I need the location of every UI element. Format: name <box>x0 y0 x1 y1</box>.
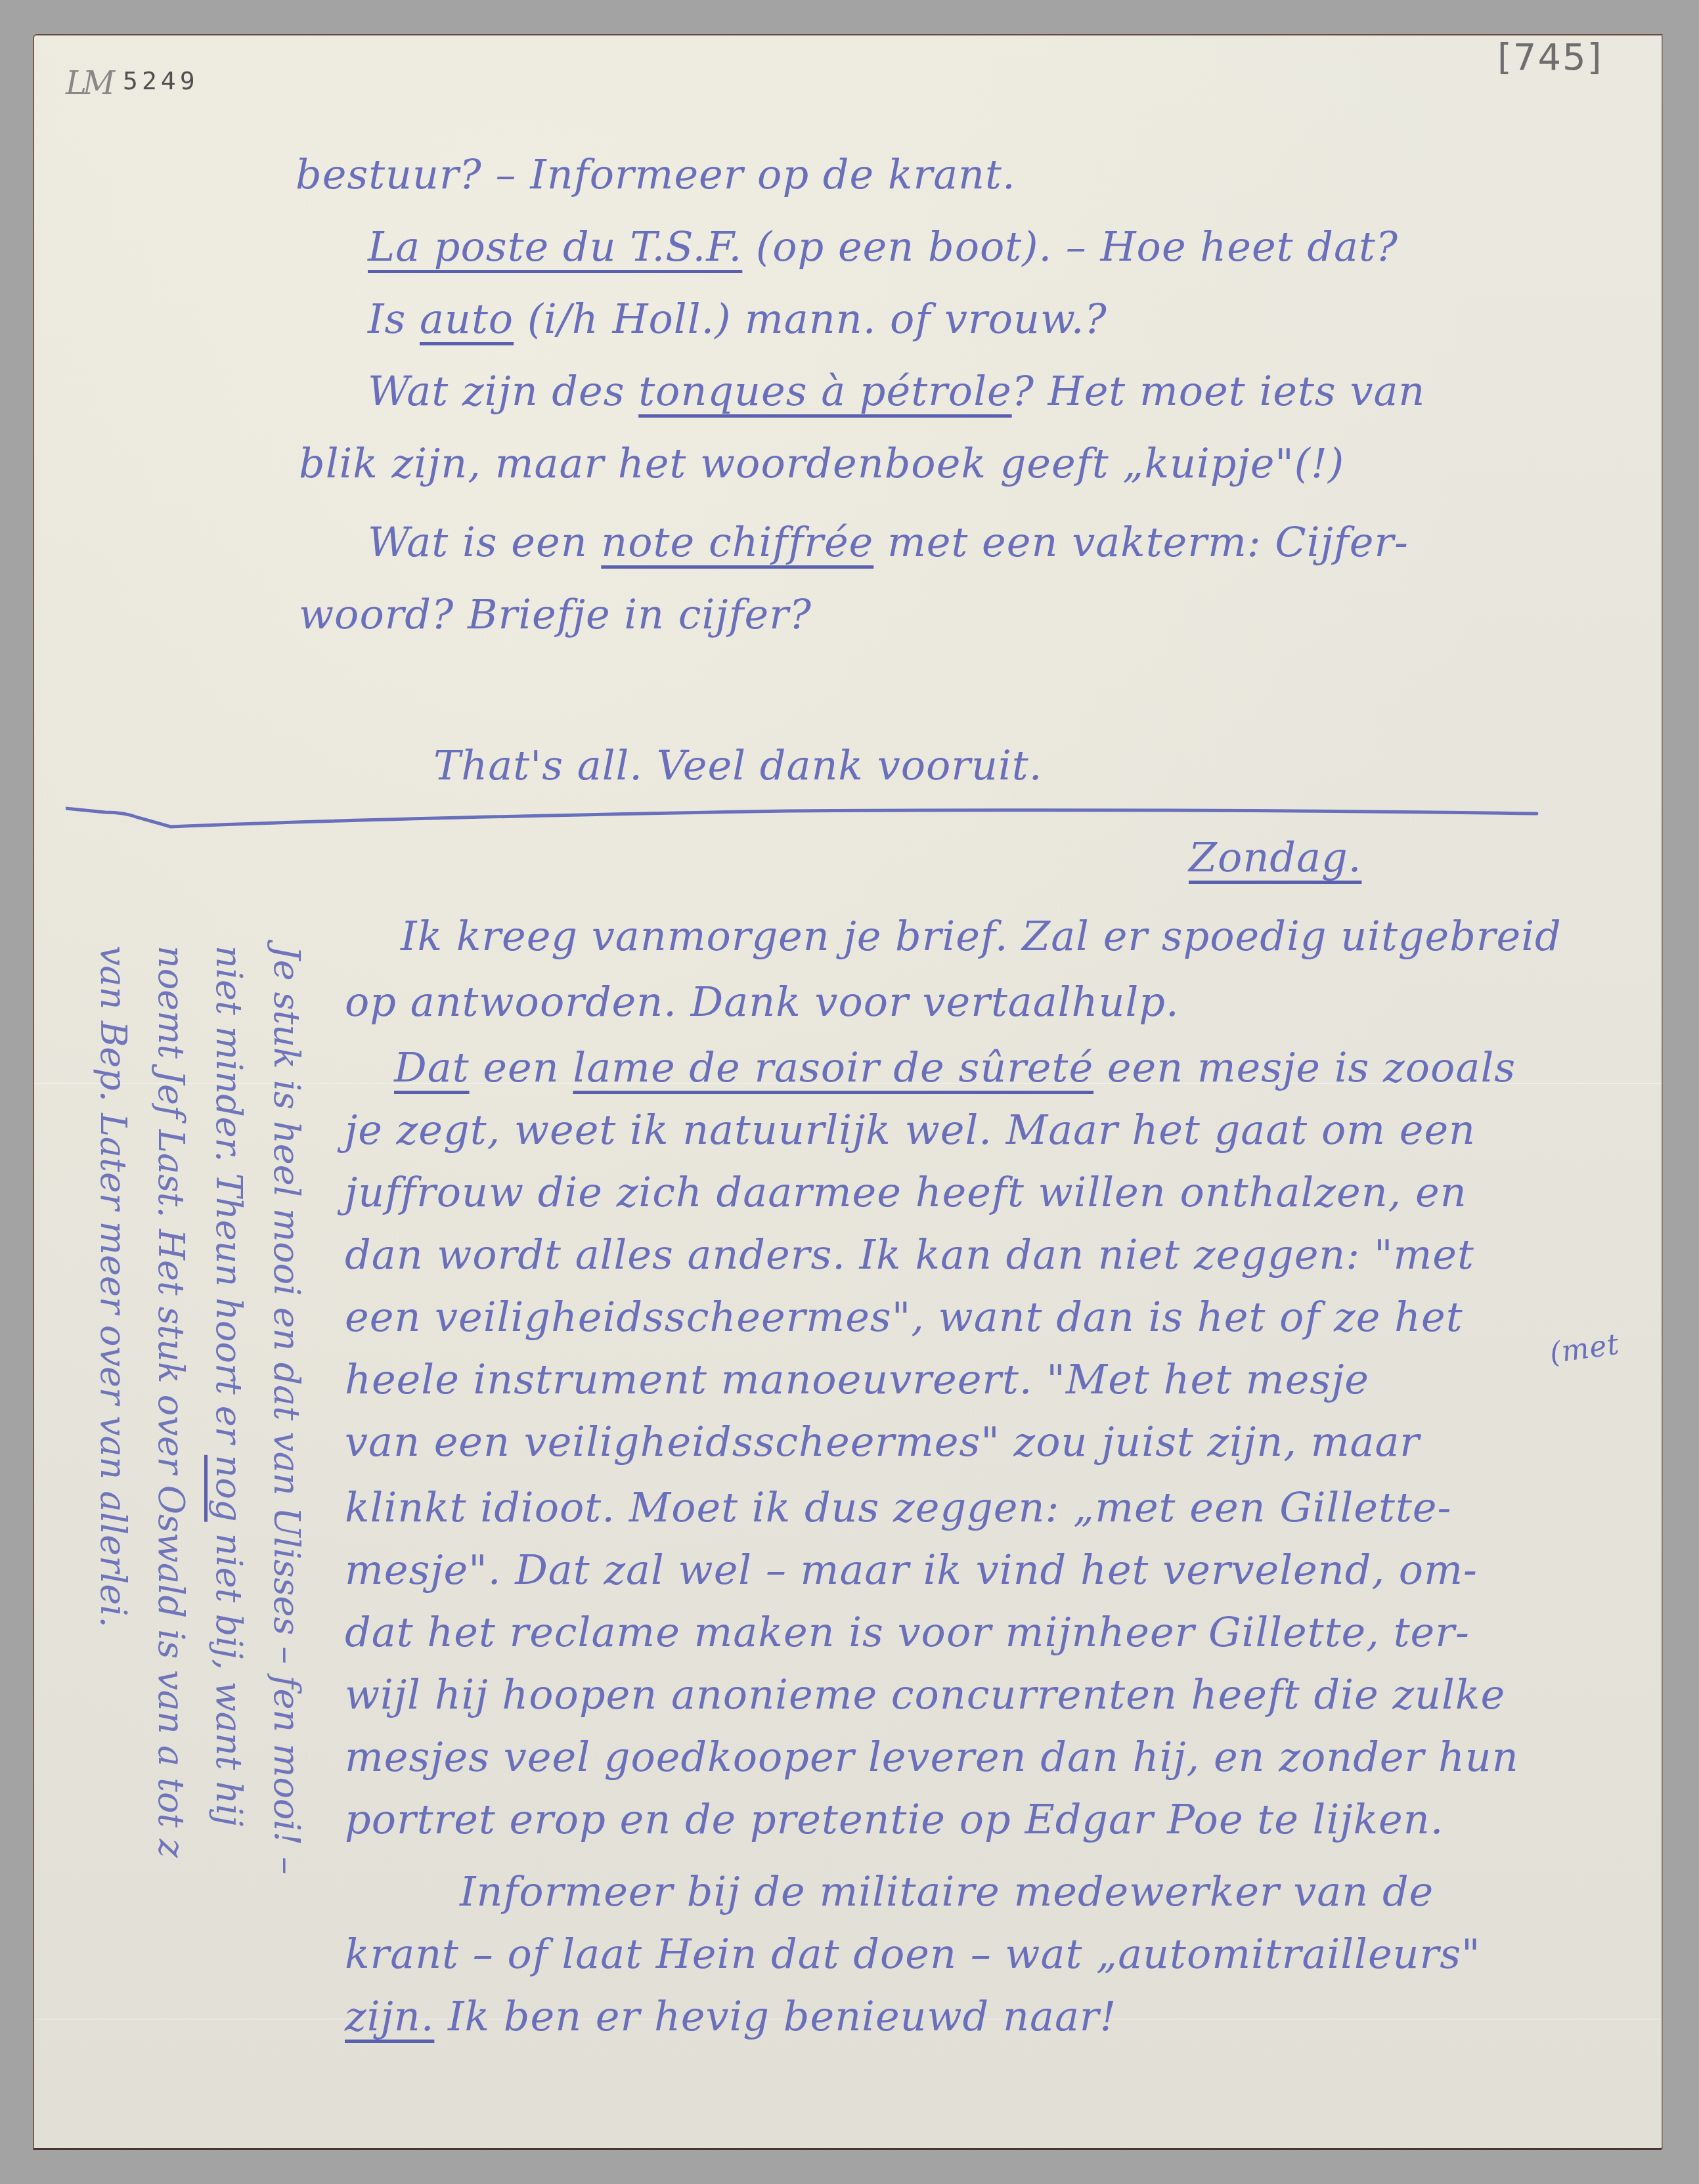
text-line: portret erop en de pretentie op Edgar Po… <box>345 1799 1444 1840</box>
text-line: Wat zijn des tonques à pétrole? Het moet… <box>368 371 1425 412</box>
text-line: La poste du T.S.F. (op een boot). – Hoe … <box>368 227 1398 267</box>
underlined-phrase: note chiffrée <box>601 518 873 566</box>
text-line: Ik kreeg vanmorgen je brief. Zal er spoe… <box>401 916 1562 957</box>
margin-note-line: noemt Jef Last. Het stuk over Oswald is … <box>142 946 200 2075</box>
text-line: bestuur? – Informeer op de krant. <box>296 154 1016 195</box>
archive-stamp: LM 5249 <box>66 62 199 99</box>
margin-note-line: niet minder. Theun hoort er nog niet bij… <box>200 946 257 2075</box>
text-line: blik zijn, maar het woordenboek geeft „k… <box>299 443 1344 484</box>
text-line: juffrouw die zich daarmee heeft willen o… <box>345 1172 1467 1213</box>
text-line: klinkt idioot. Moet ik dus zeggen: „met … <box>345 1487 1451 1528</box>
underlined-word: nog <box>208 1455 250 1522</box>
text-line: wijl hij hoopen anonieme concurrenten he… <box>345 1674 1505 1715</box>
underlined-phrase: lame de rasoir de sûreté <box>573 1043 1093 1091</box>
text-line: mesjes veel goedkooper leveren dan hij, … <box>345 1737 1519 1778</box>
archive-number: 5249 <box>123 66 199 95</box>
text-line: van een veiligheidsscheermes" zou juist … <box>345 1422 1420 1462</box>
text-line: zijn. Ik ben er hevig benieuwd naar! <box>345 1996 1116 2037</box>
text-line: Informeer bij de militaire medewerker va… <box>460 1871 1434 1912</box>
archive-monogram: LM <box>66 65 111 102</box>
text-line: krant – of laat Hein dat doen – wat „aut… <box>345 1934 1480 1975</box>
underlined-phrase: La poste du T.S.F. <box>368 223 742 271</box>
underlined-word: Dat <box>394 1043 470 1091</box>
text-line: op antwoorden. Dank voor vertaalhulp. <box>345 982 1180 1022</box>
text-line: je zegt, weet ik natuurlijk wel. Maar he… <box>345 1110 1476 1150</box>
underlined-phrase: auto <box>420 295 514 343</box>
text-line: dat het reclame maken is voor mijnheer G… <box>345 1612 1470 1653</box>
text-line: heele instrument manoeuvreert. "Met het … <box>345 1359 1369 1400</box>
text-line: Is auto (i/h Holl.) mann. of vrouw.? <box>368 299 1107 339</box>
underlined-phrase: tonques à pétrole <box>638 367 1011 415</box>
text-line: Dat een lame de rasoir de sûreté een mes… <box>394 1047 1516 1088</box>
pencil-page-reference: [745] <box>1497 36 1603 79</box>
text-line: dan wordt alles anders. Ik kan dan niet … <box>345 1234 1474 1275</box>
date-heading: Zondag. <box>1189 837 1361 878</box>
margin-note-line: van Bep. Later meer over van allerlei. <box>84 946 142 2075</box>
text-line: woord? Briefje in cijfer? <box>299 594 812 635</box>
margin-note: Je stuk is heel mooi en dat van Ulisses … <box>79 946 315 2075</box>
text-line: Wat is een note chiffrée met een vakterm… <box>368 522 1409 563</box>
margin-note-line: Je stuk is heel mooi en dat van Ulisses … <box>257 946 315 2075</box>
text-line: mesje". Dat zal wel – maar ik vind het v… <box>345 1550 1478 1590</box>
closing-line: That's all. Veel dank vooruit. <box>433 745 1042 786</box>
underlined-word: zijn. <box>345 1992 434 2040</box>
section-divider-line <box>66 804 1543 831</box>
text-line: een veiligheidsscheermes", want dan is h… <box>345 1297 1463 1338</box>
